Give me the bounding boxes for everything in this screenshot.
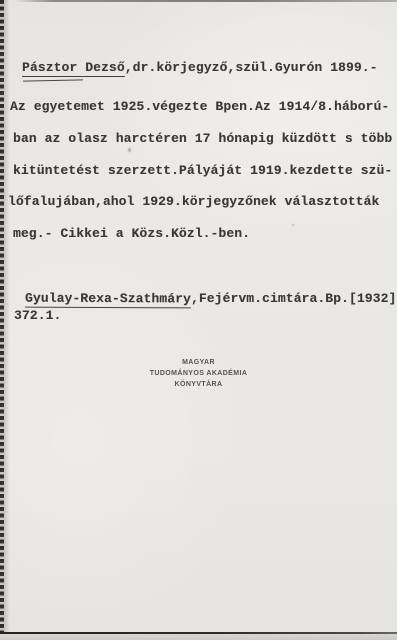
entry-text-line: meg.- Cikkei a Közs.Közl.-ben.	[13, 226, 250, 241]
entry-text-line: ban az olasz harctéren 17 hónapig küzdöt…	[13, 131, 392, 146]
perforated-edge-shadow	[4, 0, 10, 632]
entry-name-details: ,dr.körjegyző,szül.Gyurón 1899.-	[125, 60, 378, 75]
stamp-line: MAGYAR	[0, 357, 397, 368]
ink-smudge	[291, 223, 295, 227]
entry-name: Pásztor Dezső	[22, 60, 125, 77]
entry-heading-line: Pásztor Dezső,dr.körjegyző,szül.Gyurón 1…	[22, 60, 378, 75]
stamp-line: KÖNYVTÁRA	[0, 379, 397, 390]
citation-page-ref: 372.1.	[14, 308, 61, 323]
scan-top-edge	[14, 0, 397, 2]
catalog-card-scan: Pásztor Dezső,dr.körjegyző,szül.Gyurón 1…	[0, 0, 397, 640]
citation-line: Gyulay-Rexa-Szathmáry,Fejérvm.cimtára.Bp…	[25, 291, 396, 308]
entry-text-line: kitüntetést szerzett.Pályáját 1919.kezde…	[13, 163, 392, 178]
entry-text-line: lőfalujában,ahol 1929.körjegyzőnek válas…	[8, 194, 379, 209]
citation-details: ,Fejérvm.cimtára.Bp.[1932]	[191, 291, 396, 306]
entry-text-line: Az egyetemet 1925.végezte Bpen.Az 1914/8…	[10, 99, 389, 114]
scan-background-below-page	[0, 634, 397, 640]
library-stamp: MAGYAR TUDOMÁNYOS AKADÉMIA KÖNYVTÁRA	[0, 357, 397, 390]
stamp-line: TUDOMÁNYOS AKADÉMIA	[0, 368, 397, 379]
ink-smudge	[127, 147, 132, 153]
citation-source: Gyulay-Rexa-Szathmáry	[25, 291, 191, 308]
